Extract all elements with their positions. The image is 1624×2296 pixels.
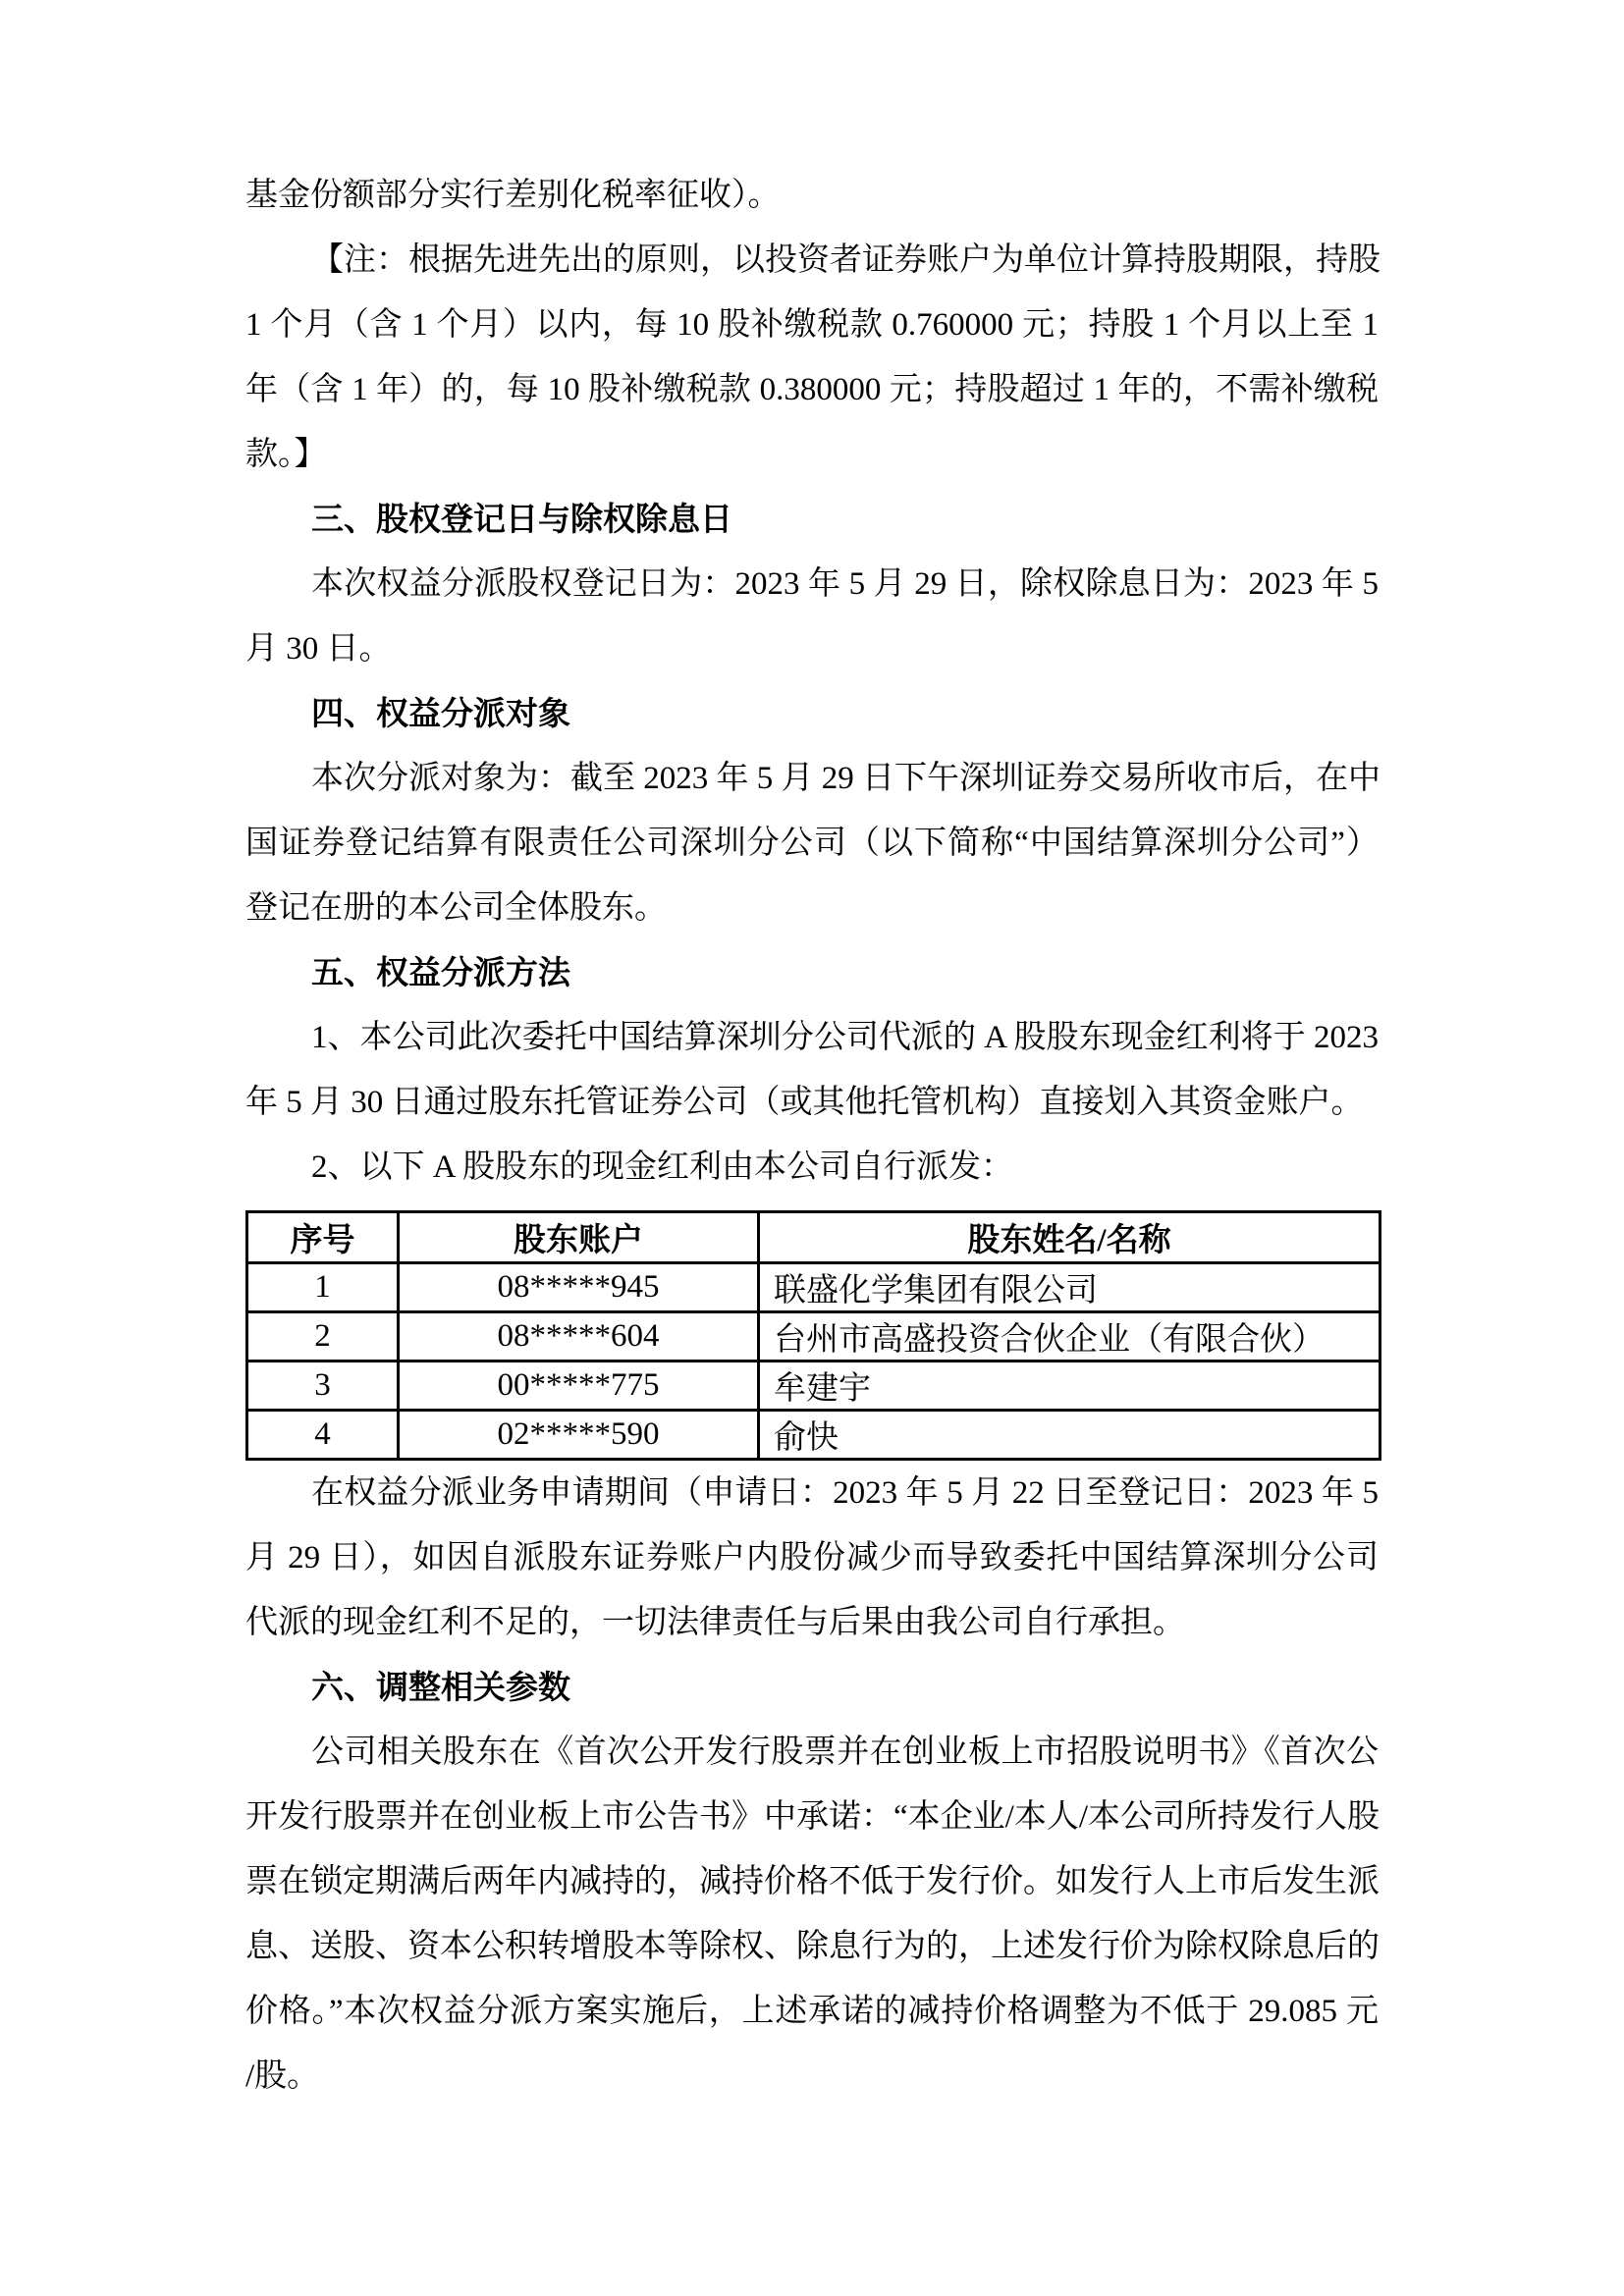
text-line: 2、以下 A 股股东的现金红利由本公司自行派发：: [245, 1135, 1379, 1200]
table-row: 3 00*****775 牟建宇: [247, 1362, 1380, 1411]
text-line: 开发行股票并在创业板上市公告书》中承诺：“本企业/本人/本公司所持发行人股: [245, 1785, 1379, 1849]
text-line: 月 30 日。: [245, 616, 1379, 681]
section-heading-record-date: 三、股权登记日与除权除息日: [245, 487, 1379, 552]
text-line: 1、本公司此次委托中国结算深圳分公司代派的 A 股股东现金红利将于 2023: [245, 1005, 1379, 1070]
table-header-row: 序号 股东账户 股东姓名/名称: [247, 1212, 1380, 1263]
column-header-account: 股东账户: [399, 1212, 759, 1263]
text-line: 【注：根据先进先出的原则，以投资者证券账户为单位计算持股期限，持股: [245, 228, 1379, 293]
section-heading-distribution-method: 五、权益分派方法: [245, 940, 1379, 1005]
text-line: 国证券登记结算有限责任公司深圳分公司（以下简称“中国结算深圳分公司”）: [245, 811, 1379, 876]
text-line: 代派的现金红利不足的，一切法律责任与后果由我公司自行承担。: [245, 1590, 1379, 1655]
document-page: 基金份额部分实行差别化税率征收）。 【注：根据先进先出的原则，以投资者证券账户为…: [0, 0, 1624, 2296]
cell-account: 08*****945: [399, 1263, 759, 1312]
text-line: 登记在册的本公司全体股东。: [245, 876, 1379, 940]
cell-account: 00*****775: [399, 1362, 759, 1411]
cell-index: 4: [247, 1411, 399, 1460]
cell-account: 08*****604: [399, 1312, 759, 1362]
text-line: 在权益分派业务申请期间（申请日：2023 年 5 月 22 日至登记日：2023…: [245, 1461, 1379, 1525]
text-line: 本次权益分派股权登记日为：2023 年 5 月 29 日，除权除息日为：2023…: [245, 552, 1379, 616]
column-header-holder-name: 股东姓名/名称: [759, 1212, 1380, 1263]
text-line: 基金份额部分实行差别化税率征收）。: [245, 163, 1379, 228]
cell-holder-name: 台州市高盛投资合伙企业（有限合伙）: [759, 1312, 1380, 1362]
cell-holder-name: 牟建宇: [759, 1362, 1380, 1411]
cell-index: 3: [247, 1362, 399, 1411]
text-line: 1 个月（含 1 个月）以内，每 10 股补缴税款 0.760000 元；持股 …: [245, 293, 1379, 357]
cell-holder-name: 联盛化学集团有限公司: [759, 1263, 1380, 1312]
paragraph-note: 【注：根据先进先出的原则，以投资者证券账户为单位计算持股期限，持股 1 个月（含…: [245, 228, 1379, 487]
text-line: 款。】: [245, 422, 1379, 487]
text-line: 票在锁定期满后两年内减持的，减持价格不低于发行价。如发行人上市后发生派: [245, 1849, 1379, 1914]
table-row: 4 02*****590 俞快: [247, 1411, 1380, 1460]
paragraph-application-period: 在权益分派业务申请期间（申请日：2023 年 5 月 22 日至登记日：2023…: [245, 1461, 1379, 1655]
text-line: /股。: [245, 2044, 1379, 2109]
cell-account: 02*****590: [399, 1411, 759, 1460]
text-line: 年 5 月 30 日通过股东托管证券公司（或其他托管机构）直接划入其资金账户。: [245, 1070, 1379, 1135]
paragraph-adjust-parameters: 公司相关股东在《首次公开发行股票并在创业板上市招股说明书》《首次公 开发行股票并…: [245, 1720, 1379, 2109]
section-heading-distribution-target: 四、权益分派对象: [245, 681, 1379, 746]
text-line: 公司相关股东在《首次公开发行股票并在创业板上市招股说明书》《首次公: [245, 1720, 1379, 1785]
text-line: 价格。”本次权益分派方案实施后，上述承诺的减持价格调整为不低于 29.085 元: [245, 1979, 1379, 2044]
text-line: 本次分派对象为：截至 2023 年 5 月 29 日下午深圳证券交易所收市后，在…: [245, 746, 1379, 811]
self-distributed-holders-table: 序号 股东账户 股东姓名/名称 1 08*****945 联盛化学集团有限公司 …: [245, 1210, 1381, 1461]
table-row: 1 08*****945 联盛化学集团有限公司: [247, 1263, 1380, 1312]
paragraph-tax-tail: 基金份额部分实行差别化税率征收）。: [245, 163, 1379, 228]
text-line: 月 29 日），如因自派股东证券账户内股份减少而导致委托中国结算深圳分公司: [245, 1525, 1379, 1590]
paragraph-distribution-target: 本次分派对象为：截至 2023 年 5 月 29 日下午深圳证券交易所收市后，在…: [245, 746, 1379, 940]
table-row: 2 08*****604 台州市高盛投资合伙企业（有限合伙）: [247, 1312, 1380, 1362]
paragraph-method-2: 2、以下 A 股股东的现金红利由本公司自行派发：: [245, 1135, 1379, 1200]
text-line: 年（含 1 年）的，每 10 股补缴税款 0.380000 元；持股超过 1 年…: [245, 357, 1379, 422]
column-header-index: 序号: [247, 1212, 399, 1263]
cell-index: 1: [247, 1263, 399, 1312]
paragraph-method-1: 1、本公司此次委托中国结算深圳分公司代派的 A 股股东现金红利将于 2023 年…: [245, 1005, 1379, 1135]
paragraph-record-date: 本次权益分派股权登记日为：2023 年 5 月 29 日，除权除息日为：2023…: [245, 552, 1379, 681]
cell-index: 2: [247, 1312, 399, 1362]
text-line: 息、送股、资本公积转增股本等除权、除息行为的，上述发行价为除权除息后的: [245, 1914, 1379, 1979]
cell-holder-name: 俞快: [759, 1411, 1380, 1460]
section-heading-adjust-parameters: 六、调整相关参数: [245, 1655, 1379, 1720]
